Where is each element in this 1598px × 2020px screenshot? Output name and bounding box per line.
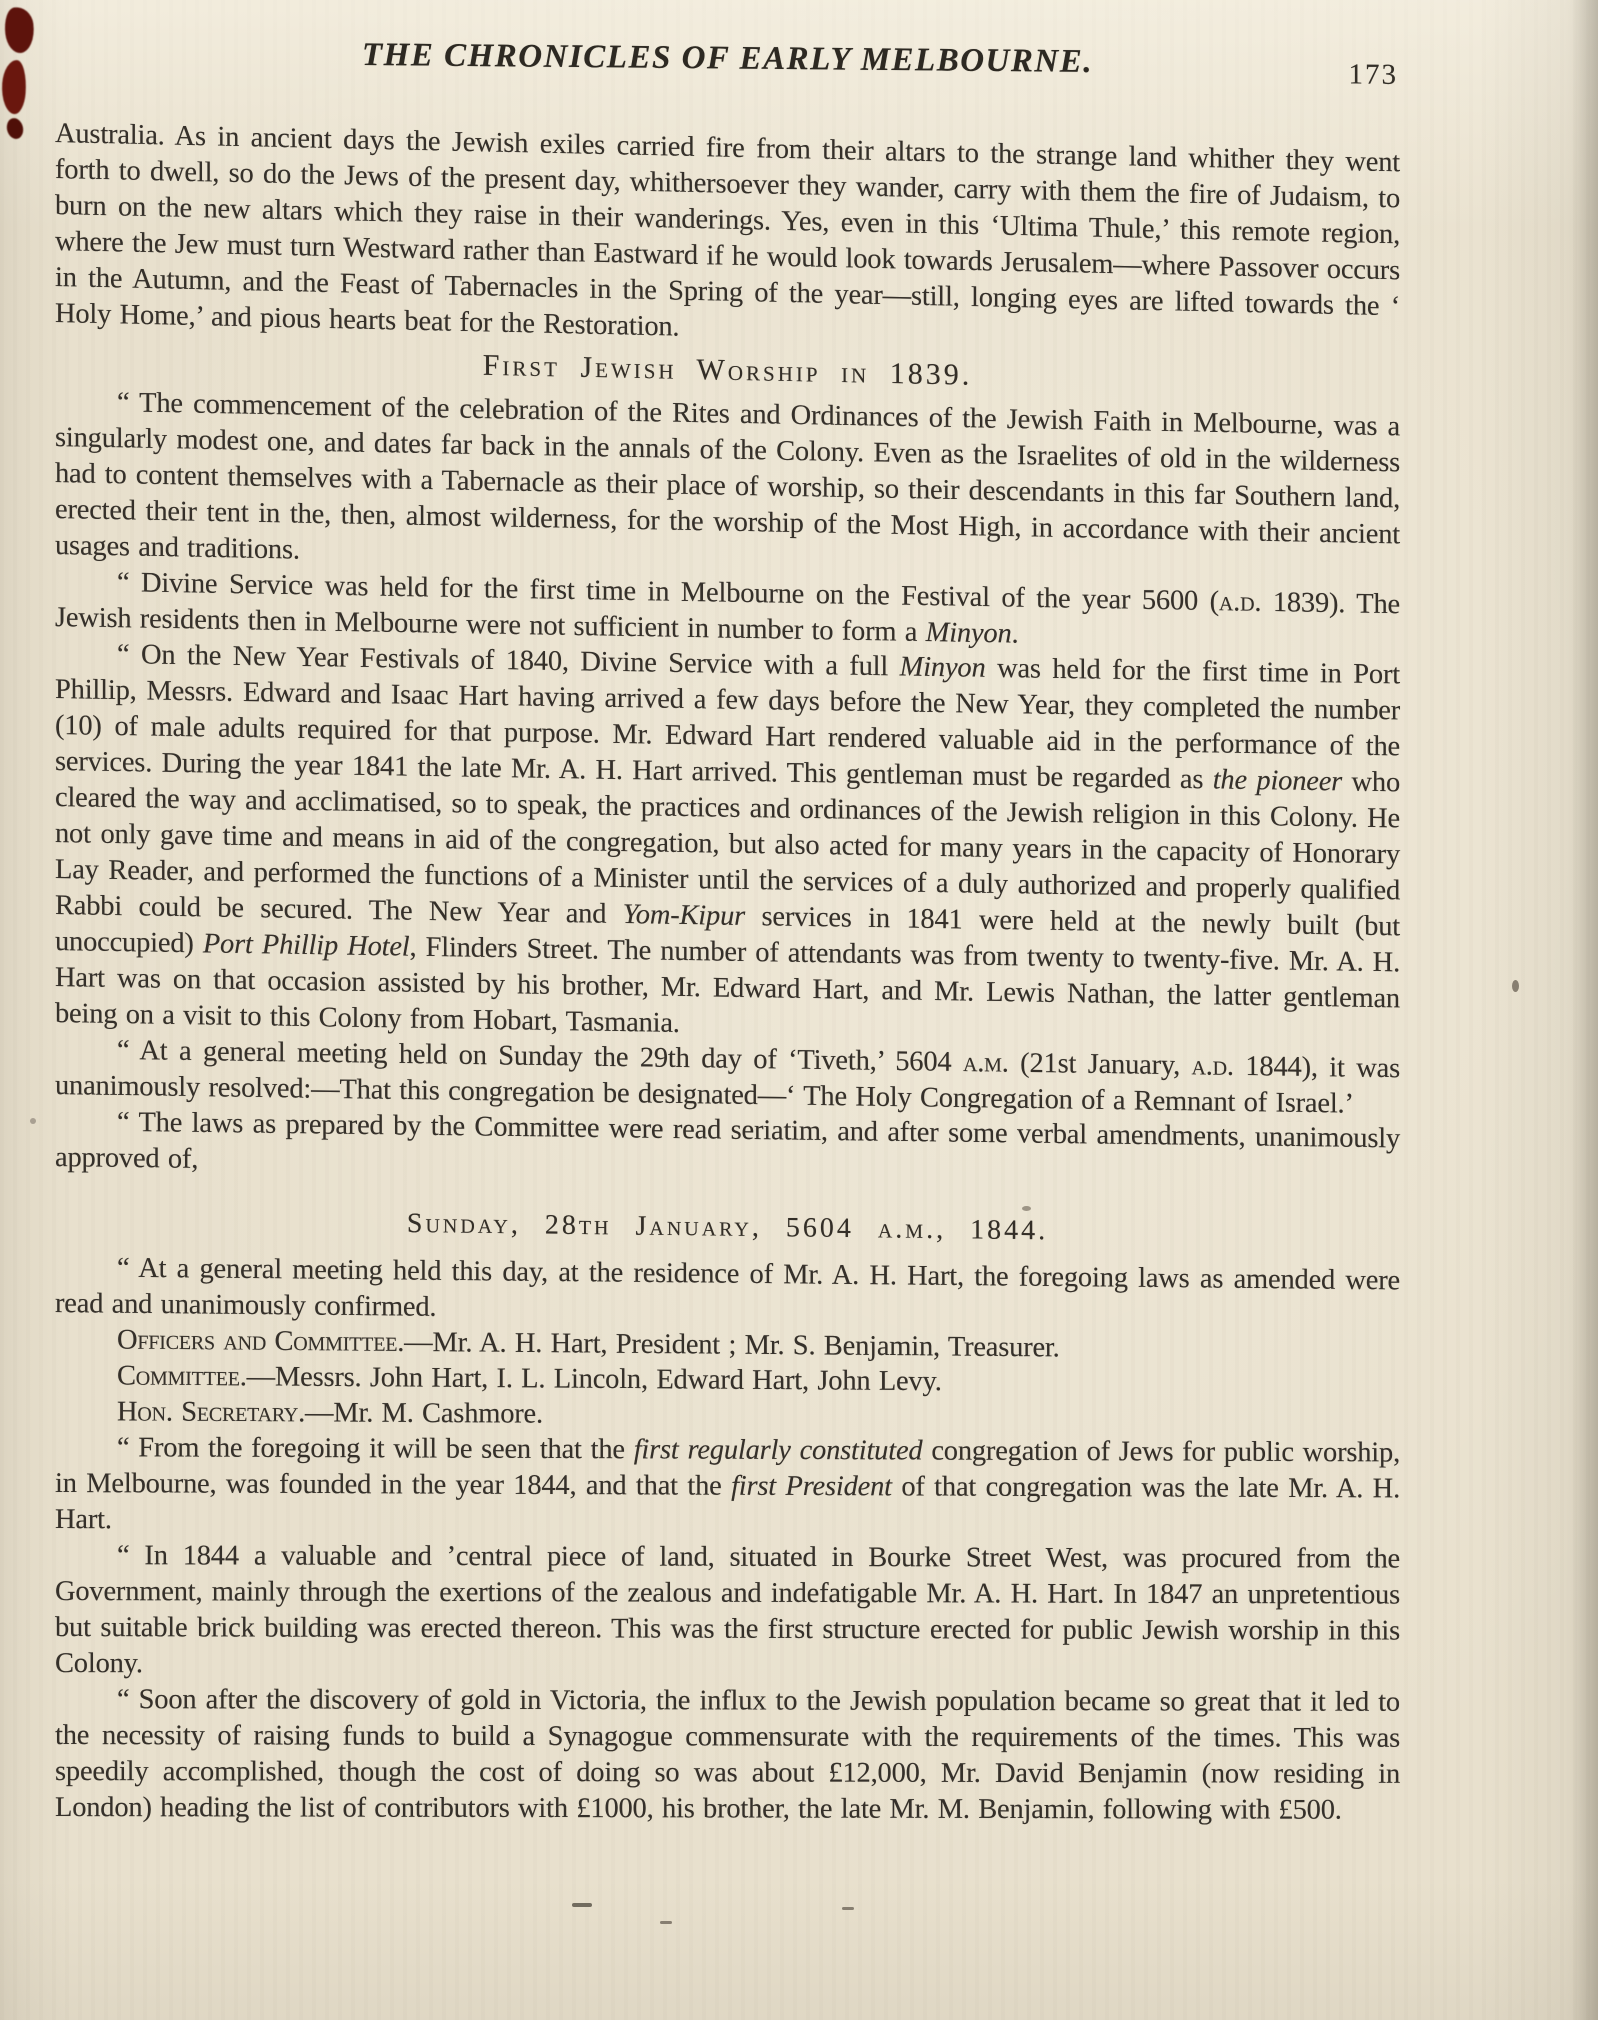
scan-speck	[842, 1907, 854, 1910]
small-caps-text: Hon. Secretary.	[117, 1396, 305, 1428]
page-header: THE CHRONICLES OF EARLY MELBOURNE. 173	[55, 34, 1400, 105]
italic-text: first President	[731, 1471, 892, 1503]
italic-text: the pioneer	[1213, 764, 1342, 797]
body-text: —Messrs. John Hart, I. L. Lincoln, Edwar…	[247, 1361, 942, 1397]
red-ink-mark	[2, 5, 36, 54]
paragraph: Australia. As in ancient days the Jewish…	[55, 116, 1400, 361]
italic-text: Minyon	[926, 617, 1012, 649]
paragraph: “ At a general meeting held this day, at…	[55, 1250, 1400, 1335]
body-text: Australia. As in ancient days the Jewish…	[55, 118, 1400, 343]
paragraph: “ On the New Year Festivals of 1840, Div…	[55, 636, 1400, 1053]
section-heading: Sunday, 28th January, 5604 a.m., 1844.	[55, 1204, 1400, 1251]
body-text: “ At a general meeting held this day, at…	[55, 1253, 1400, 1323]
paragraph: “ From the foregoing it will be seen tha…	[55, 1430, 1400, 1543]
scan-speck	[30, 1118, 36, 1124]
scan-speck	[660, 1921, 672, 1924]
scanned-book-page: THE CHRONICLES OF EARLY MELBOURNE. 173 A…	[0, 0, 1598, 2020]
body-text: —Mr. M. Cashmore.	[305, 1397, 543, 1429]
page-title: THE CHRONICLES OF EARLY MELBOURNE.	[55, 34, 1400, 84]
small-caps-text: a.d.	[1219, 586, 1261, 618]
scan-speck	[572, 1903, 592, 1907]
italic-text: Yom-Kipur	[623, 899, 745, 932]
small-caps-text: Officers and Committee.	[117, 1325, 404, 1358]
scan-speck	[1512, 980, 1519, 992]
body-text: (21st January,	[1009, 1048, 1192, 1082]
paragraph: “ In 1844 a valuable and ’central piece …	[55, 1538, 1400, 1686]
body-text: “ The commencement of the celebration of…	[55, 387, 1400, 565]
page-edge-shadow	[1572, 0, 1598, 2020]
italic-text: Port Phillip Hotel	[203, 928, 410, 962]
body-text: —Mr. A. H. Hart, President ; Mr. S. Benj…	[404, 1327, 1059, 1363]
italic-text: Minyon	[900, 651, 986, 683]
body-text: .	[1012, 619, 1019, 650]
body-text: “ From the foregoing it will be seen tha…	[117, 1432, 634, 1465]
small-caps-text: a.d.	[1192, 1050, 1234, 1082]
small-caps-text: Committee.	[117, 1360, 247, 1392]
red-ink-mark	[0, 59, 28, 115]
page-number: 173	[1349, 58, 1399, 91]
italic-text: first regularly constituted	[634, 1434, 923, 1466]
page-body: Australia. As in ancient days the Jewish…	[55, 116, 1400, 1826]
red-ink-mark	[5, 116, 26, 140]
body-text: “ In 1844 a valuable and ’central piece …	[55, 1540, 1400, 1679]
scan-speck	[1022, 1206, 1031, 1211]
paragraph: “ Soon after the discovery of gold in Vi…	[55, 1682, 1400, 1829]
paragraph: “ The commencement of the celebration of…	[55, 384, 1400, 589]
body-text: “ Soon after the discovery of gold in Vi…	[55, 1684, 1400, 1826]
small-caps-text: a.m.	[963, 1047, 1009, 1079]
